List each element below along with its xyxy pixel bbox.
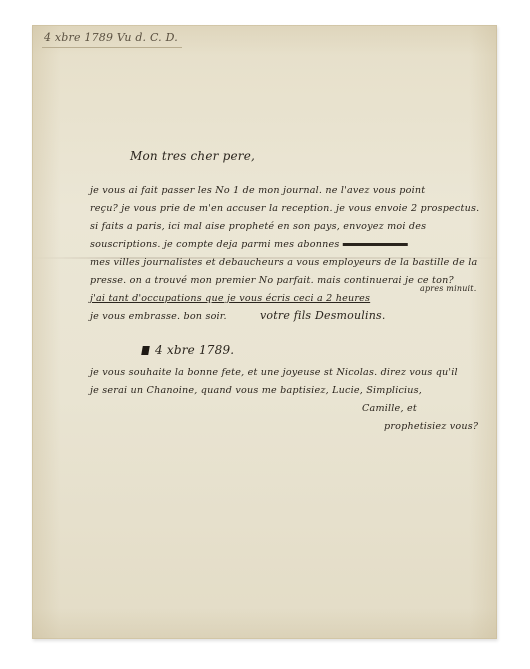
salutation: Mon tres cher pere, (130, 149, 255, 163)
body-line-2: reçu? je vous prie de m'en accuser la re… (90, 203, 479, 214)
body-line-7: j'ai tant d'occupations que je vous écri… (90, 293, 370, 304)
insertion-above: apres minuit. (420, 284, 476, 293)
body-line-4-text: souscriptions. je compte deja parmi mes … (90, 239, 340, 250)
second-date: 4 xbre 1789. (142, 343, 234, 357)
postscript-line-1: je vous souhaite la bonne fete, et une j… (90, 367, 458, 378)
body-line-5: mes villes journalistes et debaucheurs a… (90, 257, 477, 268)
body-line-3: si faits a paris, ici mal aise propheté … (90, 221, 426, 232)
struck-out-text (343, 239, 408, 250)
body-line-4: souscriptions. je compte deja parmi mes … (90, 239, 408, 250)
postscript-line-2: je serai un Chanoine, quand vous me bapt… (90, 385, 422, 396)
ink-blot (141, 346, 150, 355)
postscript-line-3: Camille, et (362, 403, 417, 414)
postscript-line-4: prophetisiez vous? (384, 421, 478, 432)
body-line-8: je vous embrasse. bon soir. (90, 311, 227, 322)
second-date-text: 4 xbre 1789. (155, 343, 234, 357)
archival-note-underline (42, 47, 182, 48)
body-line-1: je vous ai fait passer les No 1 de mon j… (90, 185, 425, 196)
letter-paper: 4 xbre 1789 Vu d. C. D. Mon tres cher pe… (32, 25, 497, 639)
body-line-6: presse. on a trouvé mon premier No parfa… (90, 275, 454, 286)
signature: votre fils Desmoulins. (260, 309, 386, 322)
archival-note: 4 xbre 1789 Vu d. C. D. (44, 31, 178, 44)
